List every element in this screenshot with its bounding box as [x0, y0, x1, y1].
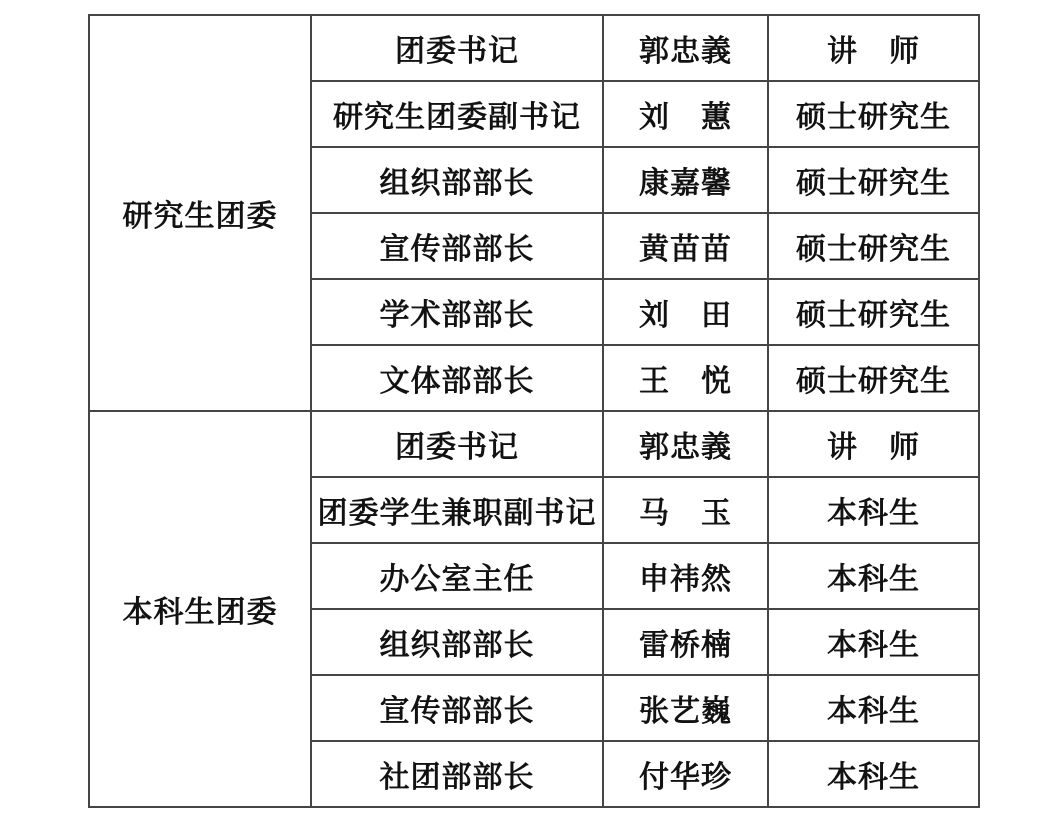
position-cell: 组织部部长	[311, 147, 603, 213]
person-cell: 郭忠義	[603, 15, 768, 81]
position-cell: 文体部部长	[311, 345, 603, 411]
title-cell: 硕士研究生	[768, 279, 979, 345]
table-body: 研究生团委团委书记郭忠義讲 师研究生团委副书记刘 蕙硕士研究生组织部部长康嘉馨硕…	[89, 15, 979, 807]
position-cell: 团委书记	[311, 15, 603, 81]
title-cell: 硕士研究生	[768, 213, 979, 279]
position-cell: 团委书记	[311, 411, 603, 477]
position-cell: 办公室主任	[311, 543, 603, 609]
person-cell: 付华珍	[603, 741, 768, 807]
position-cell: 宣传部部长	[311, 213, 603, 279]
person-cell: 马 玉	[603, 477, 768, 543]
person-cell: 刘 蕙	[603, 81, 768, 147]
person-cell: 黄苗苗	[603, 213, 768, 279]
title-cell: 本科生	[768, 543, 979, 609]
person-cell: 雷桥楠	[603, 609, 768, 675]
group-cell: 研究生团委	[89, 15, 311, 411]
title-cell: 讲 师	[768, 411, 979, 477]
position-cell: 宣传部部长	[311, 675, 603, 741]
title-cell: 讲 师	[768, 15, 979, 81]
table-row: 研究生团委团委书记郭忠義讲 师	[89, 15, 979, 81]
person-cell: 郭忠義	[603, 411, 768, 477]
title-cell: 本科生	[768, 675, 979, 741]
title-cell: 本科生	[768, 741, 979, 807]
title-cell: 硕士研究生	[768, 147, 979, 213]
person-cell: 康嘉馨	[603, 147, 768, 213]
position-cell: 团委学生兼职副书记	[311, 477, 603, 543]
group-cell: 本科生团委	[89, 411, 311, 807]
title-cell: 硕士研究生	[768, 345, 979, 411]
title-cell: 硕士研究生	[768, 81, 979, 147]
title-cell: 本科生	[768, 609, 979, 675]
person-cell: 张艺巍	[603, 675, 768, 741]
person-cell: 申祎然	[603, 543, 768, 609]
position-cell: 社团部部长	[311, 741, 603, 807]
position-cell: 研究生团委副书记	[311, 81, 603, 147]
position-cell: 学术部部长	[311, 279, 603, 345]
person-cell: 刘 田	[603, 279, 768, 345]
position-cell: 组织部部长	[311, 609, 603, 675]
person-cell: 王 悦	[603, 345, 768, 411]
title-cell: 本科生	[768, 477, 979, 543]
table-row: 本科生团委团委书记郭忠義讲 师	[89, 411, 979, 477]
committee-roster-table: 研究生团委团委书记郭忠義讲 师研究生团委副书记刘 蕙硕士研究生组织部部长康嘉馨硕…	[88, 14, 980, 808]
